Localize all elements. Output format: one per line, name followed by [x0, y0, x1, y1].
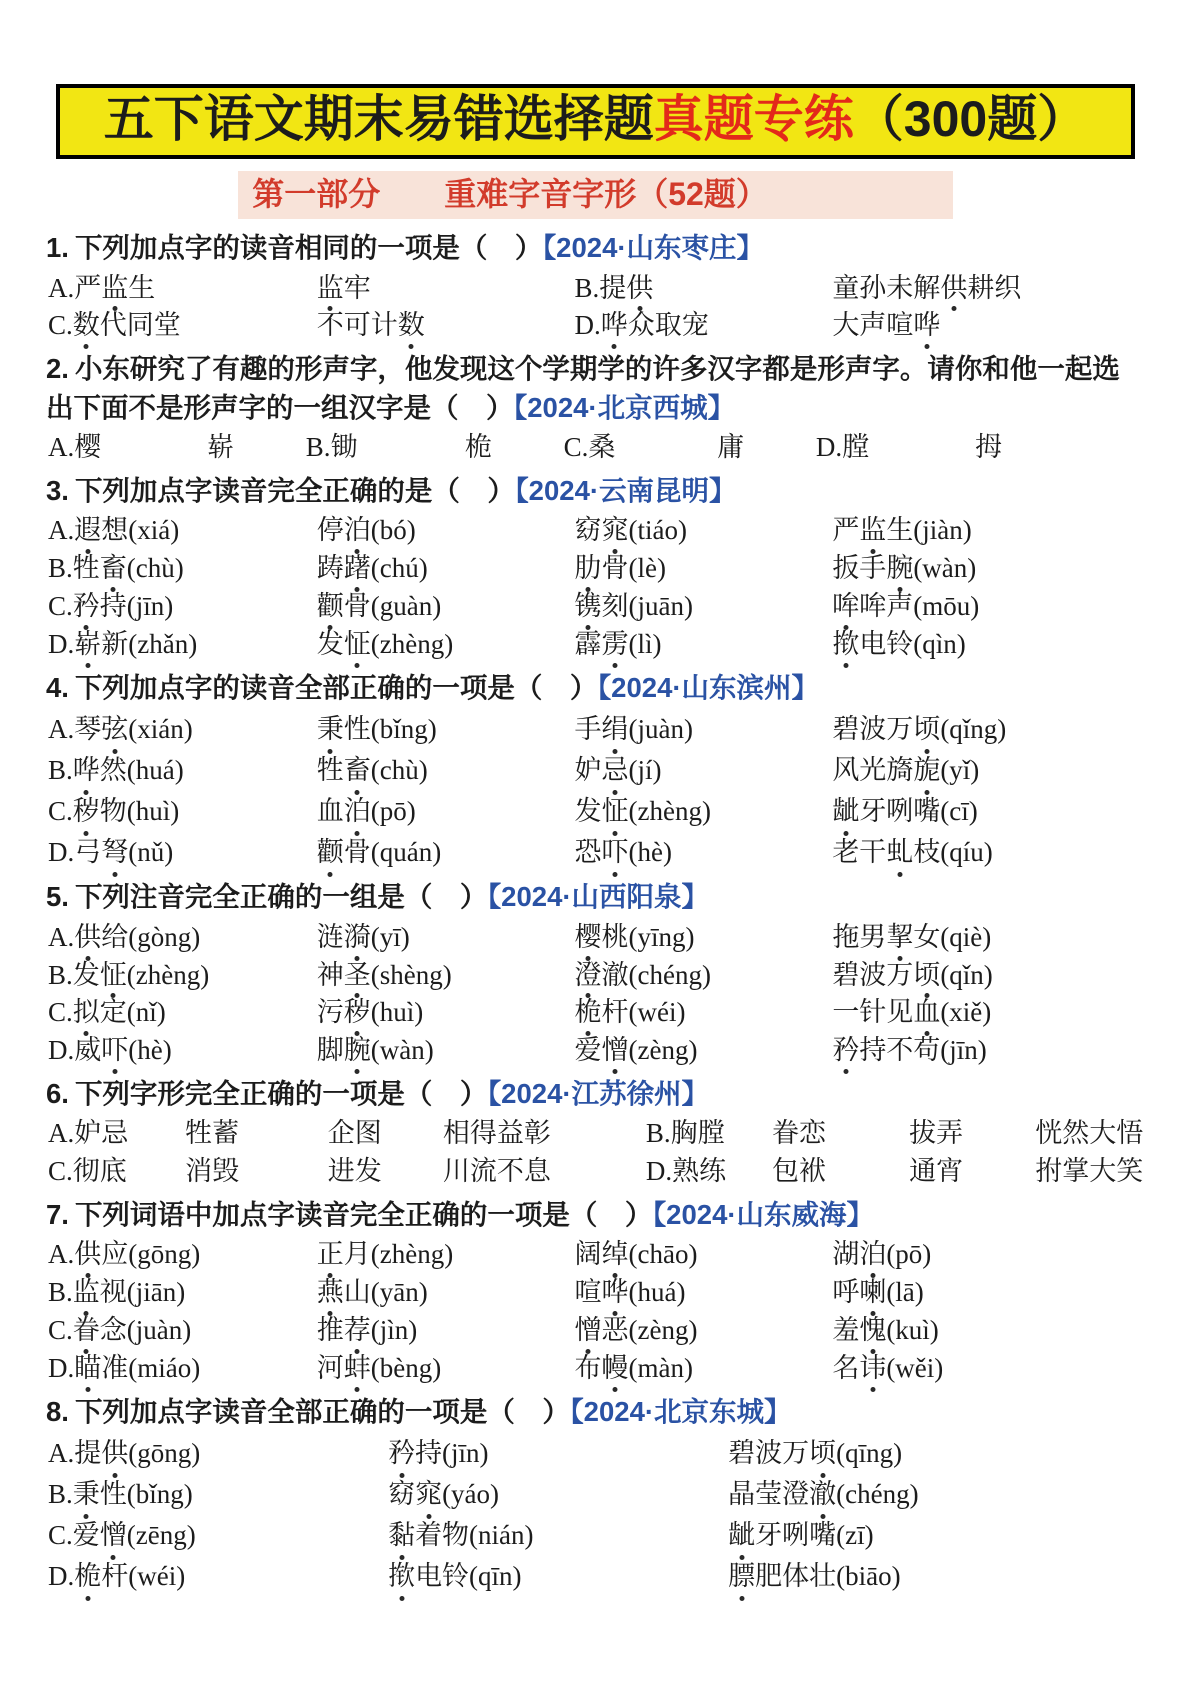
option-cell: 风光旖旎(yǐ): [832, 750, 1145, 791]
emphasis-dot-char: 吓: [101, 1032, 128, 1070]
option-cell: 发怔(zhèng): [317, 626, 575, 664]
option-cell: 碧波万顷(qǐn): [832, 957, 1145, 995]
options-grid: A.供应(gōng)正月(zhèng)阔绰(chāo)湖泊(pō)B.监视(ji…: [48, 1236, 1145, 1387]
source-tag: 【2024·山西阳泉】: [487, 881, 709, 912]
source-tag: 【2024·江苏徐州】: [487, 1078, 709, 1109]
emphasis-dot-char: 绰: [602, 1236, 629, 1274]
emphasis-dot-char: 龇: [832, 791, 859, 832]
emphasis-dot-char: 怔: [100, 957, 127, 995]
section-name: 重难字音字形（52题）: [444, 176, 768, 212]
question-text: 下列加点字读音完全正确的是（ ）: [75, 475, 515, 506]
option-cell: D.瞄准(miáo): [48, 1350, 317, 1388]
emphasis-dot-char: 拟: [73, 994, 100, 1032]
emphasis-dot-char: 矜: [388, 1433, 415, 1474]
option-cell: 燕山(yān): [317, 1274, 575, 1312]
emphasis-dot-char: 数: [73, 307, 100, 345]
options-grid: A.樱崭B.锄桅C.桑庸D.膛拇: [48, 429, 1145, 467]
question-1: 1.下列加点字的读音相同的一项是（ ）【2024·山东枣庄】A.严监生监牢B.提…: [46, 229, 1145, 345]
question-stem: 2.小东研究了有趣的形声字，他发现这个学期学的许多汉字都是形声字。请你和他一起选…: [46, 350, 1145, 427]
option-cell: 不可计数: [317, 307, 575, 345]
option-cell: A.提供(gōng): [48, 1433, 388, 1474]
emphasis-dot-char: 秉: [317, 709, 344, 750]
section-header: 第一部分重难字音字形（52题）: [238, 171, 953, 219]
emphasis-dot-char: 腕: [344, 1032, 371, 1070]
question-6: 6.下列字形完全正确的一项是（ ）【2024·江苏徐州】A.妒忌牲蓄企图相得益彰…: [46, 1075, 1145, 1191]
question-stem: 1.下列加点字的读音相同的一项是（ ）【2024·山东枣庄】: [46, 229, 1145, 268]
title-right: （300题）: [854, 91, 1087, 147]
option-cell: 一针见血(xiě): [832, 994, 1145, 1032]
option-cell: 秉性(bǐng): [317, 709, 575, 750]
emphasis-dot-char: 供: [101, 1433, 128, 1474]
question-stem: 7.下列词语中加点字读音完全正确的一项是（ ）【2024·山东威海】: [46, 1196, 1145, 1235]
question-3: 3.下列加点字读音完全正确的是（ ）【2024·云南昆明】A.遐想(xiá)停泊…: [46, 472, 1145, 664]
option-cell: C.爱憎(zēng): [48, 1515, 388, 1556]
options-grid: A.供给(gòng)涟漪(yī)樱桃(yīng)拖男挈女(qiè)B.发怔(zh…: [48, 919, 1145, 1070]
emphasis-dot-char: 弦: [101, 709, 128, 750]
option-cell: D.崭新(zhǎn): [48, 626, 317, 664]
option-cell: 庸: [717, 429, 816, 467]
emphasis-dot-char: 绢: [602, 709, 629, 750]
option-cell: 窈窕(yáo): [388, 1474, 728, 1515]
emphasis-dot-char: 黏: [388, 1515, 415, 1556]
option-cell: 名讳(wěi): [832, 1350, 1145, 1388]
question-text: 下列加点字的读音全部正确的一项是（ ）: [75, 672, 598, 703]
option-cell: B.提供: [575, 270, 833, 308]
option-cell: 黏着物(nián): [388, 1515, 728, 1556]
option-cell: A.遐想(xiá): [48, 512, 317, 550]
option-cell: D.熟练: [646, 1153, 772, 1191]
emphasis-dot-char: 燕: [317, 1274, 344, 1312]
emphasis-dot-char: 憎: [602, 1032, 629, 1070]
emphasis-dot-char: 眷: [73, 1312, 100, 1350]
option-cell: 污秽(huì): [317, 994, 575, 1032]
emphasis-dot-char: 颧: [317, 832, 344, 873]
option-cell: B.哗然(huá): [48, 750, 317, 791]
emphasis-dot-char: 哗: [601, 307, 628, 345]
question-number: 8.: [46, 1396, 69, 1427]
option-cell: 扳手腕(wàn): [832, 550, 1145, 588]
option-cell: 手绢(juàn): [575, 709, 833, 750]
emphasis-dot-char: 矜: [832, 1032, 859, 1070]
emphasis-dot-char: 供: [940, 270, 967, 308]
option-cell: 拔弄: [909, 1115, 1035, 1153]
source-tag: 【2024·山东威海】: [652, 1199, 874, 1230]
option-cell: 监牢: [317, 270, 575, 308]
emphasis-dot-char: 圣: [344, 957, 371, 995]
emphasis-dot-char: 窕: [602, 512, 629, 550]
option-cell: 晶莹澄澈(chéng): [728, 1474, 1145, 1515]
option-cell: A.樱: [48, 429, 207, 467]
emphasis-dot-char: 揿: [832, 626, 859, 664]
section-row: 第一部分重难字音字形（52题）: [46, 171, 1145, 219]
worksheet-page: 五下语文期末易错选择题真题专练（300题） 第一部分重难字音字形（52题） 1.…: [0, 0, 1191, 1597]
emphasis-dot-char: 漪: [344, 919, 371, 957]
option-cell: 阔绰(chāo): [575, 1236, 833, 1274]
emphasis-dot-char: 秽: [344, 994, 371, 1032]
emphasis-dot-char: 窕: [415, 1474, 442, 1515]
emphasis-dot-char: 澄: [575, 957, 602, 995]
question-number: 6.: [46, 1078, 69, 1109]
emphasis-dot-char: 正: [317, 1236, 344, 1274]
emphasis-dot-char: 樱: [575, 919, 602, 957]
emphasis-dot-char: 怔: [344, 626, 371, 664]
emphasis-dot-char: 旎: [913, 750, 940, 791]
option-cell: 通宵: [909, 1153, 1035, 1191]
emphasis-dot-char: 幔: [602, 1350, 629, 1388]
emphasis-dot-char: 挈: [886, 919, 913, 957]
option-cell: 推荐(jìn): [317, 1312, 575, 1350]
question-number: 1.: [46, 232, 69, 263]
emphasis-dot-char: 泊: [344, 791, 371, 832]
emphasis-dot-char: 憎: [100, 1515, 127, 1556]
emphasis-dot-char: 蚌: [344, 1350, 371, 1388]
question-text: 下列字形完全正确的一项是（ ）: [75, 1078, 488, 1109]
emphasis-dot-char: 供: [74, 1236, 101, 1274]
question-stem: 6.下列字形完全正确的一项是（ ）【2024·江苏徐州】: [46, 1075, 1145, 1114]
option-cell: A.严监生: [48, 270, 317, 308]
option-cell: 拖男挈女(qiè): [832, 919, 1145, 957]
emphasis-dot-char: 哗: [602, 1274, 629, 1312]
emphasis-dot-char: 崭: [74, 626, 101, 664]
title-banner: 五下语文期末易错选择题真题专练（300题）: [56, 84, 1135, 159]
question-text: 下列词语中加点字读音完全正确的一项是（ ）: [75, 1199, 653, 1230]
option-cell: 牲畜(chù): [317, 750, 575, 791]
emphasis-dot-char: 畜: [344, 750, 371, 791]
option-cell: 脚腕(wàn): [317, 1032, 575, 1070]
emphasis-dot-char: 矜: [73, 588, 100, 626]
emphasis-dot-char: 喇: [859, 1274, 886, 1312]
emphasis-dot-char: 监: [73, 1274, 100, 1312]
option-cell: 拇: [975, 429, 1145, 467]
option-cell: B.锄: [306, 429, 465, 467]
option-cell: 牲蓄: [185, 1115, 328, 1153]
option-cell: C.眷念(juàn): [48, 1312, 317, 1350]
option-cell: 消毁: [185, 1153, 328, 1191]
option-cell: B.胸膛: [646, 1115, 772, 1153]
option-cell: 呼喇(lā): [832, 1274, 1145, 1312]
emphasis-dot-char: 桅: [575, 994, 602, 1032]
emphasis-dot-char: 泊: [859, 1236, 886, 1274]
section-part-label: 第一部分: [252, 176, 380, 212]
option-cell: B.牲畜(chù): [48, 550, 317, 588]
question-5: 5.下列注音完全正确的一组是（ ）【2024·山西阳泉】A.供给(gòng)涟漪…: [46, 878, 1145, 1070]
emphasis-dot-char: 监: [859, 512, 886, 550]
option-cell: A.琴弦(xián): [48, 709, 317, 750]
emphasis-dot-char: 数: [398, 307, 425, 345]
option-cell: 眷恋: [772, 1115, 909, 1153]
options-grid: A.琴弦(xián)秉性(bǐng)手绢(juàn)碧波万顷(qǐng)B.哗然…: [48, 709, 1145, 873]
question-text: 下列加点字的读音相同的一项是（ ）: [75, 232, 543, 263]
option-cell: 碧波万顷(qǐng): [832, 709, 1145, 750]
emphasis-dot-char: 桅: [74, 1556, 101, 1597]
option-cell: 正月(zhèng): [317, 1236, 575, 1274]
emphasis-dot-char: 怔: [602, 791, 629, 832]
emphasis-dot-char: 遐: [74, 512, 101, 550]
option-cell: D.哗众取宠: [575, 307, 833, 345]
options-grid: A.遐想(xiá)停泊(bó)窈窕(tiáo)严监生(jiàn)B.牲畜(chù…: [48, 512, 1145, 663]
option-cell: A.妒忌: [48, 1115, 185, 1153]
question-7: 7.下列词语中加点字读音完全正确的一项是（ ）【2024·山东威海】A.供应(g…: [46, 1196, 1145, 1388]
option-cell: 拊掌大笑: [1035, 1153, 1145, 1191]
emphasis-dot-char: 澈: [809, 1474, 836, 1515]
question-number: 5.: [46, 881, 69, 912]
emphasis-dot-char: 虬: [886, 832, 913, 873]
option-cell: C.拟定(nǐ): [48, 994, 317, 1032]
source-tag: 【2024·北京东城】: [570, 1396, 792, 1427]
source-tag: 【2024·北京西城】: [514, 392, 736, 423]
option-cell: 哞哞声(mōu): [832, 588, 1145, 626]
question-number: 2.: [46, 353, 69, 384]
option-cell: 恍然大悟: [1035, 1115, 1145, 1153]
option-cell: 包袱: [772, 1153, 909, 1191]
emphasis-dot-char: 腕: [886, 550, 913, 588]
option-cell: D.膛: [816, 429, 975, 467]
option-cell: 恐吓(hè): [575, 832, 833, 873]
option-cell: 颧骨(quán): [317, 832, 575, 873]
option-cell: 喧哗(huá): [575, 1274, 833, 1312]
option-cell: C.桑: [564, 429, 718, 467]
option-cell: C.矜持(jīn): [48, 588, 317, 626]
option-cell: D.弓弩(nǔ): [48, 832, 317, 873]
option-cell: 揿电铃(qìn): [832, 626, 1145, 664]
emphasis-dot-char: 肋: [575, 550, 602, 588]
option-cell: 崭: [207, 429, 306, 467]
option-cell: 严监生(jiàn): [832, 512, 1145, 550]
option-cell: 樱桃(yīng): [575, 919, 833, 957]
emphasis-dot-char: 讳: [859, 1350, 886, 1388]
emphasis-dot-char: 颧: [317, 588, 344, 626]
emphasis-dot-char: 荐: [344, 1312, 371, 1350]
option-cell: 老干虬枝(qíu): [832, 832, 1145, 873]
emphasis-dot-char: 弩: [101, 832, 128, 873]
option-cell: D.桅杆(wéi): [48, 1556, 388, 1597]
emphasis-dot-char: 供: [626, 270, 653, 308]
question-number: 4.: [46, 672, 69, 703]
option-cell: 妒忌(jí): [575, 750, 833, 791]
emphasis-dot-char: 镌: [575, 588, 602, 626]
option-cell: 碧波万顷(qīng): [728, 1433, 1145, 1474]
option-cell: 矜持不苟(jīn): [832, 1032, 1145, 1070]
option-cell: D.威吓(hè): [48, 1032, 317, 1070]
option-cell: 龇牙咧嘴(zī): [728, 1515, 1145, 1556]
option-cell: 羞愧(kuì): [832, 1312, 1145, 1350]
option-cell: A.供应(gōng): [48, 1236, 317, 1274]
question-text: 下列加点字读音全部正确的一项是（ ）: [75, 1396, 570, 1427]
emphasis-dot-char: 忌: [602, 750, 629, 791]
option-cell: 进发: [328, 1153, 443, 1191]
question-stem: 3.下列加点字读音完全正确的是（ ）【2024·云南昆明】: [46, 472, 1145, 511]
option-cell: 澄澈(chéng): [575, 957, 833, 995]
option-cell: B.秉性(bǐng): [48, 1474, 388, 1515]
emphasis-dot-char: 憎: [575, 1312, 602, 1350]
emphasis-dot-char: 龇: [728, 1515, 755, 1556]
question-number: 7.: [46, 1199, 69, 1230]
emphasis-dot-char: 揿: [388, 1556, 415, 1597]
option-cell: C.数代同堂: [48, 307, 317, 345]
options-grid: A.严监生监牢B.提供童孙未解供耕织C.数代同堂不可计数D.哗众取宠大声喧哗: [48, 270, 1145, 346]
option-cell: 膘肥体壮(biāo): [728, 1556, 1145, 1597]
emphasis-dot-char: 顷: [913, 957, 940, 995]
emphasis-dot-char: 畜: [100, 550, 127, 588]
option-cell: A.供给(gòng): [48, 919, 317, 957]
option-cell: 桅杆(wéi): [575, 994, 833, 1032]
title-highlight: 真题专练: [654, 91, 854, 147]
option-cell: C.秽物(huì): [48, 791, 317, 832]
emphasis-dot-char: 膘: [728, 1556, 755, 1597]
option-cell: 布幔(màn): [575, 1350, 833, 1388]
emphasis-dot-char: 愧: [859, 1312, 886, 1350]
emphasis-dot-char: 哞: [832, 588, 859, 626]
options-grid: A.提供(gōng)矜持(jīn)碧波万顷(qīng)B.秉性(bǐng)窈窕(…: [48, 1433, 1145, 1597]
question-number: 3.: [46, 475, 69, 506]
option-cell: 河蚌(bèng): [317, 1350, 575, 1388]
option-cell: 相得益彰: [443, 1115, 646, 1153]
questions-container: 1.下列加点字的读音相同的一项是（ ）【2024·山东枣庄】A.严监生监牢B.提…: [46, 229, 1145, 1597]
option-cell: 湖泊(pō): [832, 1236, 1145, 1274]
emphasis-dot-char: 秽: [73, 791, 100, 832]
option-cell: 桅: [465, 429, 564, 467]
source-tag: 【2024·山东滨州】: [597, 672, 819, 703]
option-cell: B.监视(jiān): [48, 1274, 317, 1312]
option-cell: 踌躇(chú): [317, 550, 575, 588]
option-cell: 神圣(shèng): [317, 957, 575, 995]
source-tag: 【2024·山东枣庄】: [542, 232, 764, 263]
emphasis-dot-char: 监: [317, 270, 344, 308]
option-cell: 涟漪(yī): [317, 919, 575, 957]
option-cell: 川流不息: [443, 1153, 646, 1191]
option-cell: 童孙未解供耕织: [832, 270, 1145, 308]
option-cell: B.发怔(zhèng): [48, 957, 317, 995]
option-cell: 憎恶(zèng): [575, 1312, 833, 1350]
emphasis-dot-char: 顷: [913, 709, 940, 750]
option-cell: C.彻底: [48, 1153, 185, 1191]
emphasis-dot-char: 躇: [344, 550, 371, 588]
emphasis-dot-char: 瞄: [74, 1350, 101, 1388]
emphasis-dot-char: 哗: [73, 750, 100, 791]
option-cell: 颧骨(guàn): [317, 588, 575, 626]
question-8: 8.下列加点字读音全部正确的一项是（ ）【2024·北京东城】A.提供(gōng…: [46, 1393, 1145, 1598]
option-cell: 霹雳(lì): [575, 626, 833, 664]
emphasis-dot-char: 血: [913, 994, 940, 1032]
emphasis-dot-char: 泊: [344, 512, 371, 550]
option-cell: 企图: [328, 1115, 443, 1153]
emphasis-dot-char: 供: [74, 919, 101, 957]
option-cell: 矜持(jīn): [388, 1433, 728, 1474]
emphasis-dot-char: 顷: [809, 1433, 836, 1474]
source-tag: 【2024·云南昆明】: [515, 475, 737, 506]
title-left: 五下语文期末易错选择题: [104, 91, 654, 147]
option-cell: 龇牙咧嘴(cī): [832, 791, 1145, 832]
question-stem: 5.下列注音完全正确的一组是（ ）【2024·山西阳泉】: [46, 878, 1145, 917]
option-cell: 发怔(zhèng): [575, 791, 833, 832]
question-stem: 8.下列加点字读音全部正确的一项是（ ）【2024·北京东城】: [46, 1393, 1145, 1432]
option-cell: 血泊(pō): [317, 791, 575, 832]
options-grid: A.妒忌牲蓄企图相得益彰B.胸膛眷恋拔弄恍然大悟C.彻底消毁进发川流不息D.熟练…: [48, 1115, 1145, 1191]
option-cell: 肋骨(lè): [575, 550, 833, 588]
emphasis-dot-char: 秉: [73, 1474, 100, 1515]
option-cell: 爱憎(zèng): [575, 1032, 833, 1070]
option-cell: 窈窕(tiáo): [575, 512, 833, 550]
question-2: 2.小东研究了有趣的形声字，他发现这个学期学的许多汉字都是形声字。请你和他一起选…: [46, 350, 1145, 467]
emphasis-dot-char: 雳: [602, 626, 629, 664]
option-cell: 镌刻(juān): [575, 588, 833, 626]
question-4: 4.下列加点字的读音全部正确的一项是（ ）【2024·山东滨州】A.琴弦(xiá…: [46, 669, 1145, 874]
question-stem: 4.下列加点字的读音全部正确的一项是（ ）【2024·山东滨州】: [46, 669, 1145, 708]
emphasis-dot-char: 监: [101, 270, 128, 308]
option-cell: 停泊(bó): [317, 512, 575, 550]
emphasis-dot-char: 吓: [602, 832, 629, 873]
question-text: 下列注音完全正确的一组是（ ）: [75, 881, 488, 912]
emphasis-dot-char: 哗: [913, 307, 940, 345]
option-cell: 揿电铃(qīn): [388, 1556, 728, 1597]
option-cell: 大声喧哗: [832, 307, 1145, 345]
